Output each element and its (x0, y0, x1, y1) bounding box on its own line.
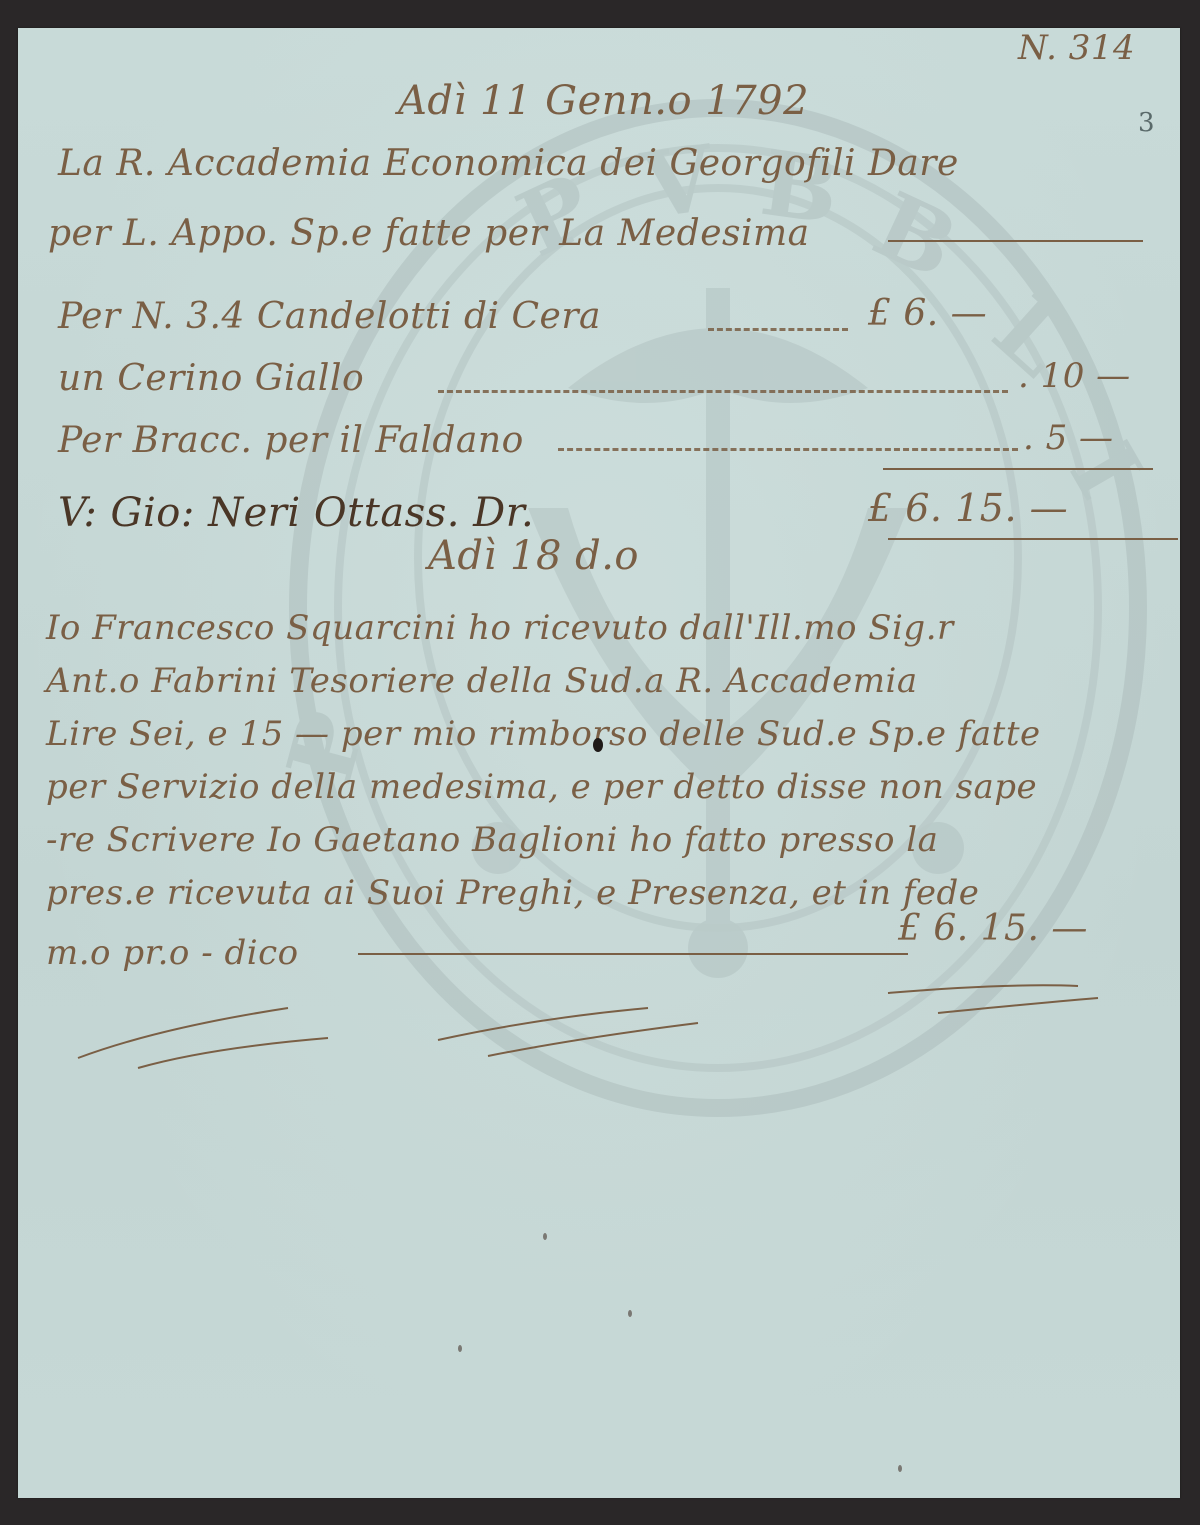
sum-rule (883, 468, 1153, 470)
leader-dots (558, 448, 1018, 451)
ink-blot (593, 738, 603, 752)
receipt-line: pres.e ricevuta ai Suoi Preghi, e Presen… (46, 873, 979, 913)
paper-speck (458, 1345, 462, 1352)
receipt-amount: £ 6. 15. — (898, 908, 1088, 949)
receipt-line: -re Scrivere Io Gaetano Baglioni ho fatt… (46, 820, 938, 860)
paper-speck (543, 1233, 547, 1240)
item-amount: £ 6. — (868, 293, 987, 334)
item-description: Per Bracc. per il Faldano (58, 420, 524, 461)
archive-page-number: 3 (1138, 108, 1155, 138)
leader-dots (438, 390, 1008, 393)
account-header-line2: per L. Appo. Sp.e fatte per La Medesima (48, 213, 810, 254)
receipt-line: Io Francesco Squarcini ho ricevuto dall'… (46, 608, 954, 648)
account-total: £ 6. 15. — (868, 486, 1068, 530)
document-page: P V B B L I P 3 N. 314 Adì 11 Genn.o 179… (18, 28, 1180, 1498)
receipt-line: per Servizio della medesima, e per detto… (46, 767, 1037, 807)
svg-text:B: B (859, 172, 973, 300)
receipt-line: Lire Sei, e 15 — per mio rimborso delle … (46, 714, 1041, 754)
item-amount: . 5 — (1023, 418, 1114, 458)
total-rule (888, 538, 1178, 540)
receipt-line: m.o pr.o - dico (46, 933, 299, 973)
account-header-line1: La R. Accademia Economica dei Georgofili… (58, 143, 959, 184)
closing-flourish-icon (58, 968, 1158, 1078)
header-underline (888, 240, 1143, 242)
item-amount: . 10 — (1018, 356, 1131, 396)
receipt-line: Ant.o Fabrini Tesoriere della Sud.a R. A… (46, 661, 918, 701)
item-description: Per N. 3.4 Candelotti di Cera (58, 296, 601, 337)
account-date: Adì 11 Genn.o 1792 (398, 78, 809, 124)
item-description: un Cerino Giallo (58, 358, 364, 399)
folio-number: N. 314 (1018, 28, 1135, 68)
paper-speck (628, 1310, 632, 1317)
leader-dots (708, 328, 848, 331)
paper-speck (898, 1465, 902, 1472)
receipt-date: Adì 18 d.o (428, 533, 639, 579)
closing-rule (358, 953, 908, 955)
approval-signature: V: Gio: Neri Ottass. Dr. (58, 490, 534, 536)
